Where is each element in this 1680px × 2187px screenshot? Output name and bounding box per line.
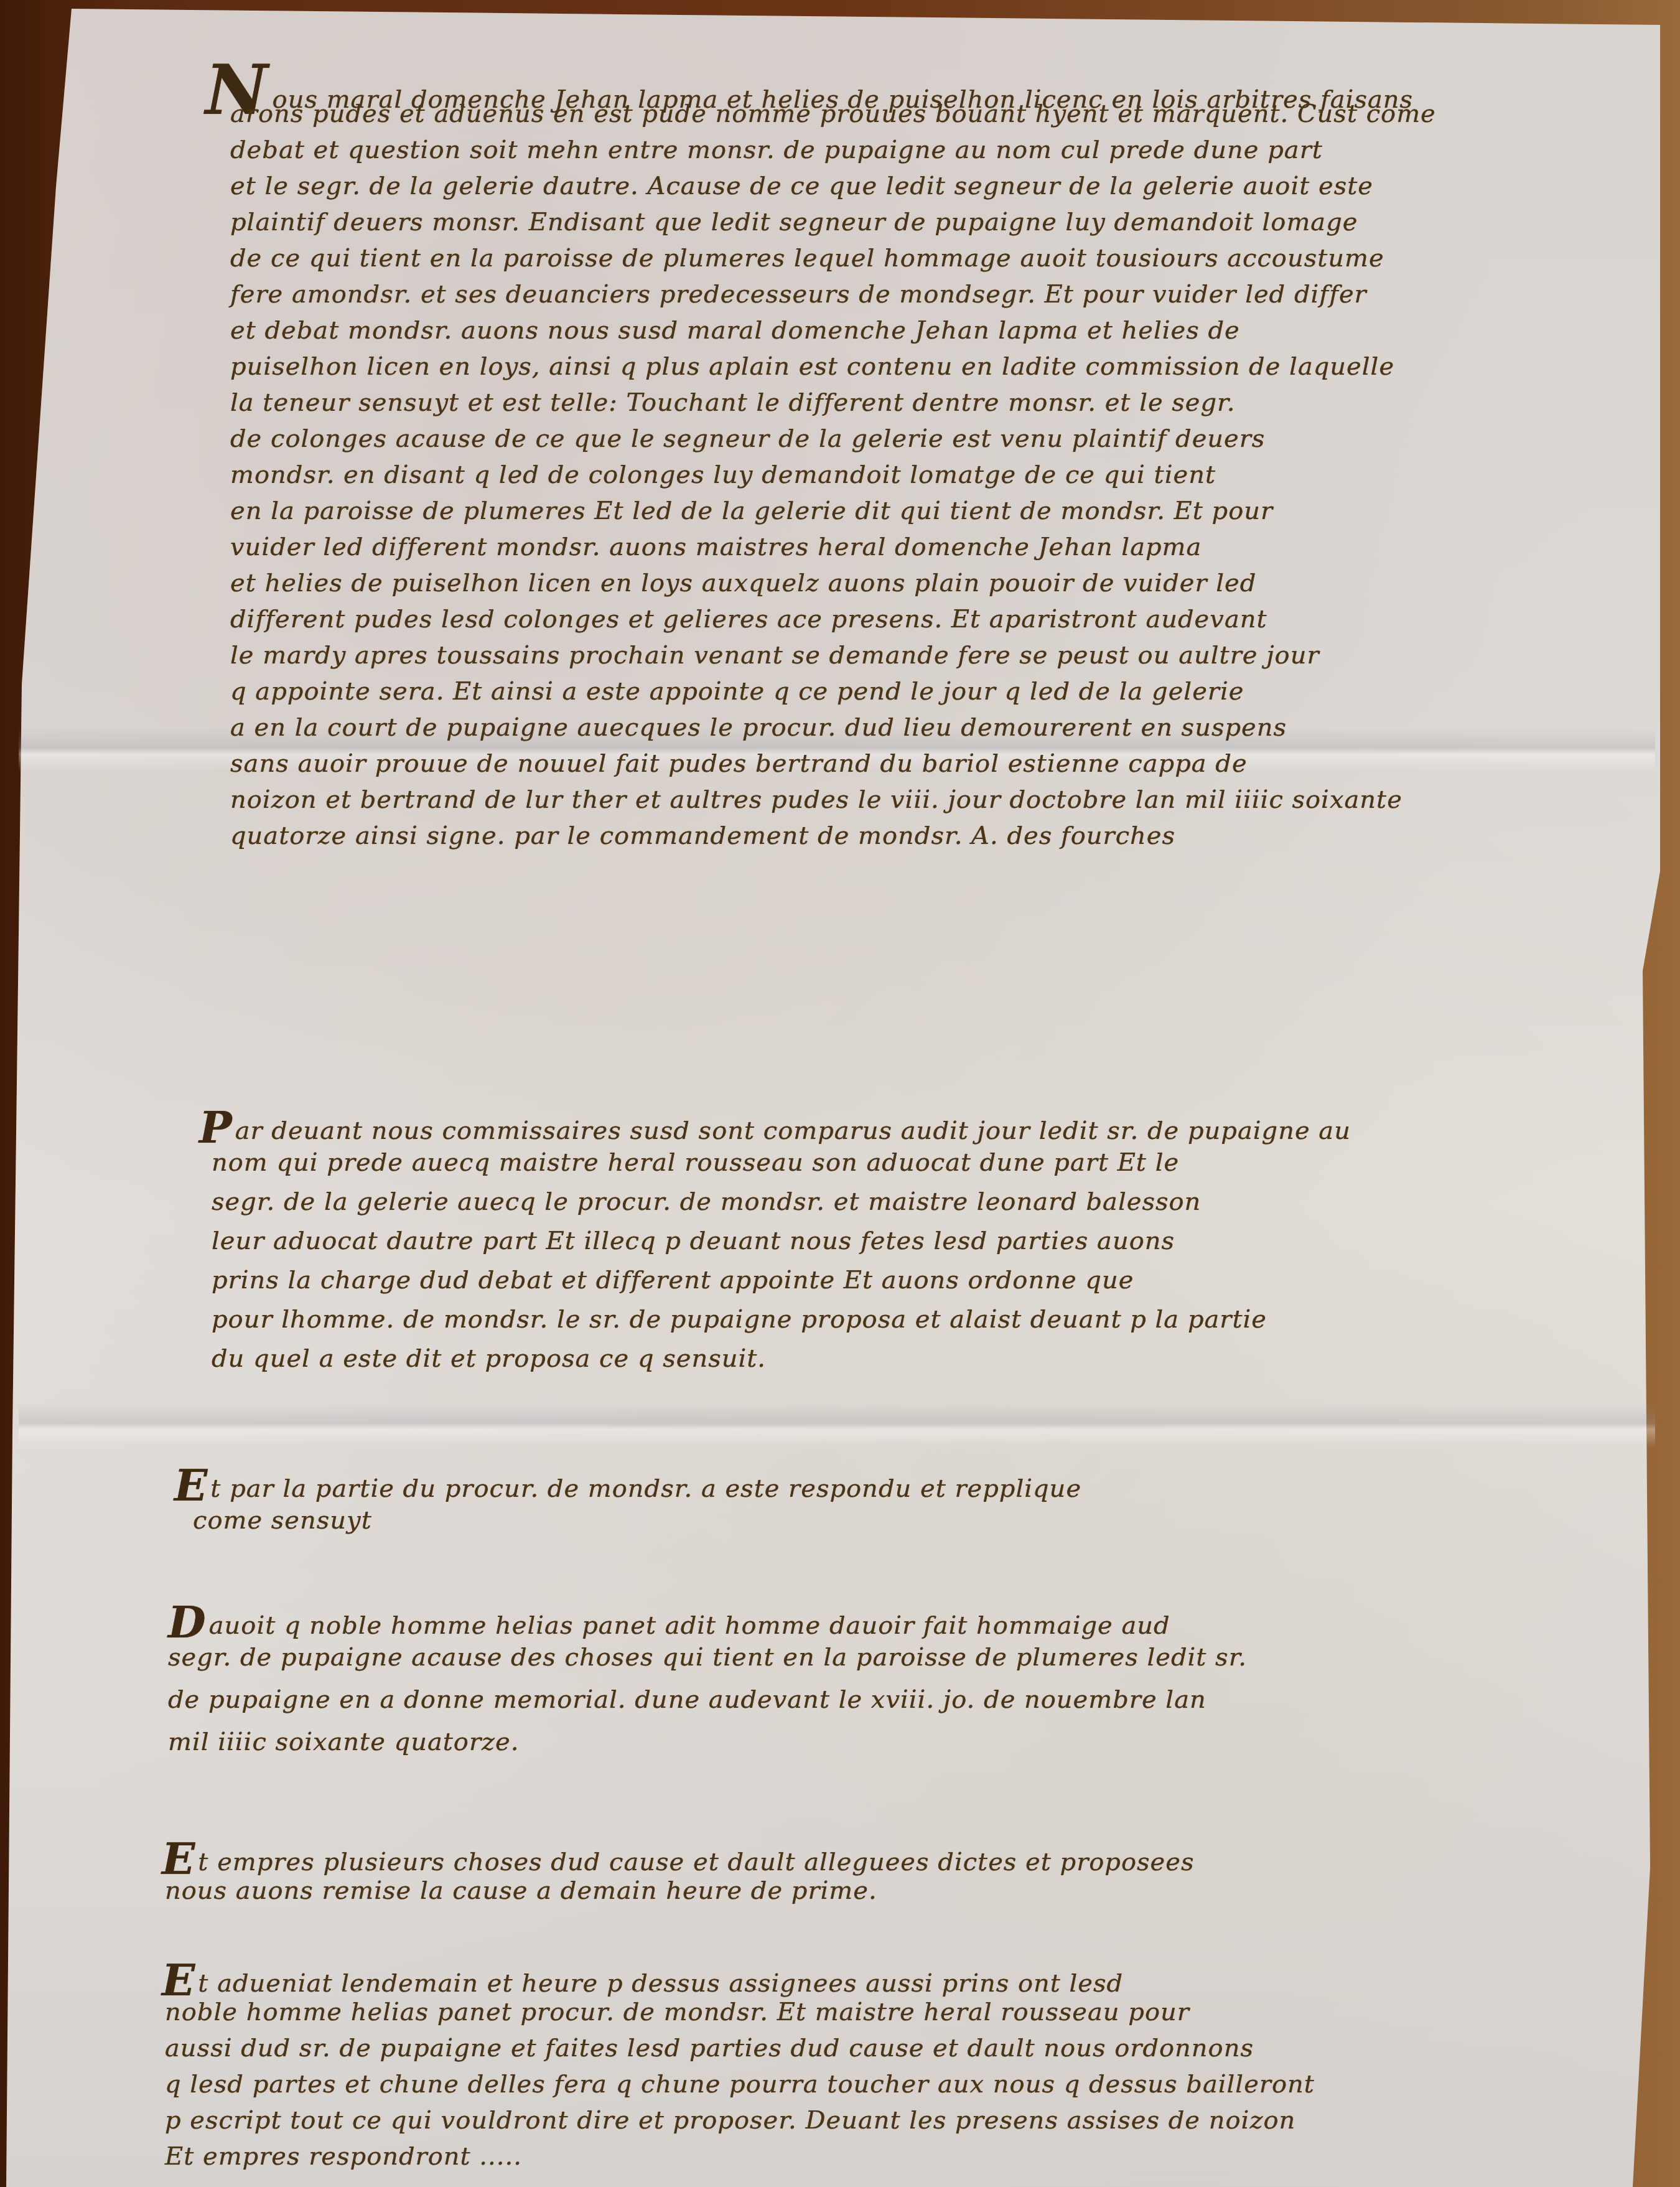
manuscript-line: noble homme helias panet procur. de mond… (165, 1998, 1190, 2026)
manuscript-line: segr. de la gelerie auecq le procur. de … (212, 1187, 1201, 1216)
manuscript-line: arons pudes et aduenus en est pude nomme… (230, 100, 1436, 128)
manuscript-line: p escript tout ce qui vouldront dire et … (165, 2106, 1295, 2135)
manuscript-line: du quel a este dit et proposa ce q sensu… (212, 1344, 766, 1373)
manuscript-line: de pupaigne en a donne memorial. dune au… (168, 1685, 1206, 1714)
manuscript-line: vuider led different mondsr. auons maist… (230, 533, 1202, 561)
manuscript-text: Nous maral domenche Jehan lapma et helie… (0, 0, 1680, 2187)
manuscript-line: et le segr. de la gelerie dautre. Acause… (230, 172, 1373, 200)
manuscript-line: plaintif deuers monsr. Endisant que ledi… (230, 208, 1358, 236)
manuscript-line: le mardy apres toussains prochain venant… (230, 641, 1320, 670)
manuscript-line: de colonges acause de ce que le segneur … (230, 424, 1265, 453)
manuscript-line: a en la court de pupaigne auecques le pr… (230, 713, 1287, 742)
manuscript-line: en la paroisse de plumeres Et led de la … (230, 497, 1273, 525)
manuscript-line: nom qui prede auecq maistre heral rousse… (212, 1148, 1179, 1177)
manuscript-line: Et empres respondront ..... (165, 2142, 522, 2171)
manuscript-line: q appointe sera. Et ainsi a este appoint… (230, 677, 1244, 706)
manuscript-line: different pudes lesd colonges et geliere… (230, 605, 1267, 634)
manuscript-line: q lesd partes et chune delles fera q chu… (165, 2070, 1315, 2099)
manuscript-line: Par deuant nous commissaires susd sont c… (199, 1102, 1351, 1153)
manuscript-line: la teneur sensuyt et est telle: Touchant… (230, 388, 1236, 417)
manuscript-line: noizon et bertrand de lur ther et aultre… (230, 785, 1402, 814)
manuscript-line: et helies de puiselhon licen en loys aux… (230, 569, 1256, 597)
manuscript-line: et debat mondsr. auons nous susd maral d… (230, 316, 1240, 345)
manuscript-line: aussi dud sr. de pupaigne et faites lesd… (165, 2034, 1254, 2063)
manuscript-line: come sensuyt (193, 1506, 372, 1535)
manuscript-line: prins la charge dud debat et different a… (212, 1266, 1134, 1295)
manuscript-line: quatorze ainsi signe. par le commandemen… (230, 822, 1175, 850)
manuscript-line: Et par la partie du procur. de mondsr. a… (174, 1459, 1081, 1511)
manuscript-line: leur aduocat dautre part Et illecq p deu… (212, 1227, 1175, 1255)
manuscript-line: puiselhon licen en loys, ainsi q plus ap… (230, 352, 1394, 381)
manuscript-line: mil iiiic soixante quatorze. (168, 1728, 520, 1756)
manuscript-line: fere amondsr. et ses deuanciers predeces… (230, 280, 1367, 309)
decorated-initial: E (174, 1459, 208, 1511)
manuscript-line: pour lhomme. de mondsr. le sr. de pupaig… (212, 1305, 1267, 1334)
decorated-initial: D (168, 1596, 207, 1648)
manuscript-line: nous auons remise la cause a demain heur… (165, 1876, 877, 1905)
manuscript-line: de ce qui tient en la paroisse de plumer… (230, 244, 1384, 273)
decorated-initial: P (199, 1102, 233, 1153)
manuscript-line: debat et question soit mehn entre monsr.… (230, 136, 1323, 164)
manuscript-line: sans auoir prouue de nouuel fait pudes b… (230, 749, 1248, 778)
manuscript-line: mondsr. en disant q led de colonges luy … (230, 461, 1216, 489)
manuscript-line: segr. de pupaigne acause des choses qui … (168, 1643, 1247, 1672)
manuscript-line: Dauoit q noble homme helias panet adit h… (168, 1596, 1170, 1648)
